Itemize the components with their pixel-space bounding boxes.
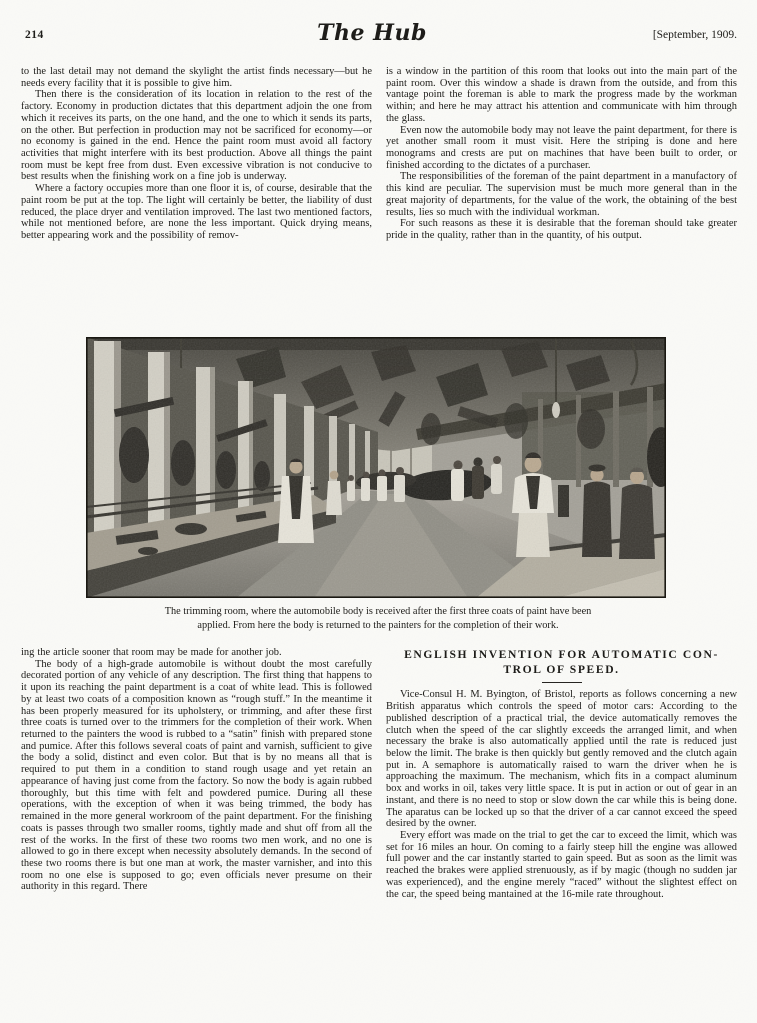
top-columns: to the last detail may not demand the sk… [21,66,737,242]
paragraph: ing the article sooner that room may be … [21,647,372,659]
magazine-page: { "colors": { "ink": "#1b1a17", "paper":… [0,0,757,1023]
factory-interior-illustration [86,337,666,598]
caption-line-2: applied. From here the body is returned … [58,619,698,633]
paragraph: to the last detail may not demand the sk… [21,66,372,89]
paragraph: The responsibilities of the foreman of t… [386,171,737,218]
paragraph: Every effort was made on the trial to ge… [386,830,737,900]
article-heading: ENGLISH INVENTION FOR AUTOMATIC CON- TRO… [386,648,737,677]
column-bottom-right: ENGLISH INVENTION FOR AUTOMATIC CON- TRO… [386,647,737,900]
column-top-left: to the last detail may not demand the sk… [21,66,372,242]
masthead-title: The Hub [0,20,744,46]
article-heading-line-2: TROL OF SPEED. [386,663,737,678]
column-top-right: is a window in the partition of this roo… [386,66,737,242]
paragraph: Where a factory occupies more than one f… [21,183,372,242]
column-bottom-left: ing the article sooner that room may be … [21,647,372,900]
article-heading-line-1: ENGLISH INVENTION FOR AUTOMATIC CON- [386,648,737,663]
trimming-room-photo [86,337,666,598]
paragraph: Vice-Consul H. M. Byington, of Bristol, … [386,689,737,830]
paragraph: The body of a high-grade automobile is w… [21,659,372,893]
paragraph: Even now the automobile body may not lea… [386,125,737,172]
bottom-columns: ing the article sooner that room may be … [21,647,737,900]
issue-date: [September, 1909. [653,29,737,41]
heading-rule [542,682,582,683]
caption-line-1: The trimming room, where the automobile … [58,605,698,619]
paragraph: Then there is the consideration of its l… [21,89,372,183]
paragraph: For such reasons as these it is desirabl… [386,218,737,241]
paragraph: is a window in the partition of this roo… [386,66,737,125]
photo-caption: The trimming room, where the automobile … [58,605,698,632]
